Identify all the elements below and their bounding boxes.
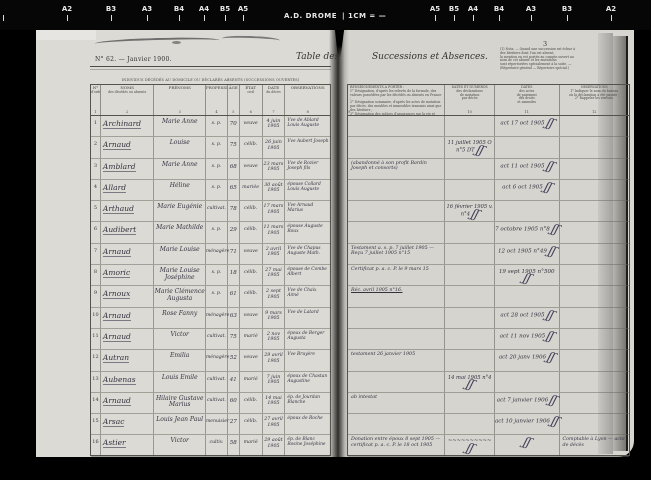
header-dates-paiement: DATESdes actesde paiementdes droitset am… — [495, 85, 560, 115]
paraph-flourish: ʃʃ — [471, 210, 480, 217]
header-professions: PROFESSIONS4 — [206, 85, 228, 115]
cell-date-numero: 16 février 1905 v. n°4ʃʃ — [445, 201, 495, 221]
table-row: 11 juillet 1905 O n°5 DTʃʃ — [348, 137, 629, 158]
cell-acte-paiement: ʃʃ — [495, 435, 560, 455]
cell-acte-paiement: act 10 janvier 1906ʃʃ — [495, 414, 560, 434]
table-row: 12 Autran Emilia ménagère 52 veuve 29 av… — [91, 350, 330, 371]
table-row: 9 Arnoux Marie Clémence Augusta s. p. 61… — [91, 286, 330, 307]
register-number-heading: N° 62. — Janvier 1900. — [95, 56, 172, 63]
paraph-flourish: ʃʃ — [546, 332, 555, 339]
cell-observation-right — [560, 308, 630, 328]
cell-profession: ménagère — [206, 244, 228, 264]
cell-observation-right — [560, 180, 630, 200]
table-row: 6 Audibert Marie Mathilde s. p. 29 célib… — [91, 222, 330, 243]
paraph-flourish: ʃʃ — [545, 162, 554, 169]
cell-date-numero — [445, 350, 495, 370]
cell-date-numero: 14 mai 1905 n°4ʃʃ — [445, 372, 495, 392]
paraph-flourish: ʃʃ — [523, 275, 532, 282]
cell-etat-civil: célib. — [240, 201, 263, 221]
cell-declaration — [348, 308, 445, 328]
right-table: RENSEIGNEMENTS À PORTER :1° Désignation,… — [347, 84, 630, 456]
scale-label: | 1CM = — — [342, 12, 386, 20]
cell-profession: s. p. — [206, 265, 228, 285]
right-rows: act 17 oct 1905ʃʃ 11 juillet 1905 O n°5 … — [348, 116, 629, 457]
header-prenoms: PRÉNOMS3 — [154, 85, 206, 115]
cell-etat-civil: marié — [240, 372, 263, 392]
cell-etat-civil: célib. — [240, 414, 263, 434]
cell-acte-paiement: act 7 janvier 1906ʃʃ — [495, 393, 560, 413]
table-row: 3 Amblard Marie Anne s. p. 68 veuve 23 m… — [91, 159, 330, 180]
cell-observation: ép. de Jourdan Blanche — [285, 393, 330, 413]
cell-observation-right — [560, 222, 630, 242]
cell-observation-right — [560, 116, 630, 136]
cell-observation: Vve de Latard — [285, 308, 330, 328]
cell-order-number: 16 — [91, 435, 101, 455]
cell-nom: Astier — [101, 435, 155, 455]
cell-declaration: testament 26 janvier 1905 — [348, 350, 445, 370]
table-row: act 28 oct 1905ʃʃ — [348, 308, 629, 329]
cell-date-deces: 29 août 1905 — [263, 435, 286, 455]
cell-order-number: 5 — [91, 201, 101, 221]
table-row: act 17 oct 1905ʃʃ — [348, 116, 629, 137]
paraph-flourish: ʃʃ — [548, 247, 557, 254]
cell-declaration — [348, 329, 445, 349]
cell-etat-civil: célib. — [240, 137, 263, 157]
cell-observation-right — [560, 329, 630, 349]
cell-declaration: Réc. avril 1905 n°16. — [348, 286, 445, 306]
cell-date-deces: 2 sept 1905 — [263, 286, 286, 306]
cell-observation-right — [560, 350, 630, 370]
paraph-flourish: ʃʃ — [547, 354, 556, 361]
cell-date-numero: 11 juillet 1905 O n°5 DTʃʃ — [445, 137, 495, 157]
cell-etat-civil: célib. — [240, 222, 263, 242]
cell-order-number: 3 — [91, 159, 101, 179]
cell-observation-right — [560, 137, 630, 157]
cell-date-numero — [445, 265, 495, 285]
cell-observation-right — [560, 286, 630, 306]
cell-age: 61 — [228, 286, 240, 306]
cell-prenoms: Marie Eugénie — [154, 201, 206, 221]
cell-declaration — [348, 372, 445, 392]
header-age: ÂGE5 — [228, 85, 240, 115]
cell-prenoms: Marie Louise Joséphine — [154, 265, 206, 285]
cell-date-deces: 27 mai 1905 — [263, 265, 286, 285]
cell-acte-paiement: act 28 oct 1905ʃʃ — [495, 308, 560, 328]
cell-profession: cultivat. — [206, 201, 228, 221]
cell-prenoms: Victor — [154, 329, 206, 349]
cell-profession: cultiv. — [206, 435, 228, 455]
table-row: 10 Arnaud Rose Fanny ménagère 63 veuve 9… — [91, 308, 330, 329]
cell-observation: ép. de Blanc Rosine Joséphine — [285, 435, 330, 455]
cell-date-deces: 26 juin 1905 — [263, 137, 286, 157]
cell-prenoms: Louis Jean Paul — [154, 414, 206, 434]
table-row: 1 Archinard Marie Anne s. p. 70 veuve 4 … — [91, 116, 330, 137]
header-noms: NOMSdes décédés ou absents2 — [101, 85, 155, 115]
cell-declaration: Donation entre époux 8 sept 1905 — certi… — [348, 435, 445, 455]
header-date-deces: DATEdu décès7 — [263, 85, 286, 115]
cell-date-numero — [445, 222, 495, 242]
cell-nom: Amoric — [101, 265, 155, 285]
header-num: N°d'ordre1 — [91, 85, 101, 115]
paraph-flourish: ʃʃ — [523, 439, 532, 446]
table-title-left: Table des — [296, 52, 339, 62]
cell-nom: Arsac — [101, 414, 155, 434]
cell-acte-paiement: act 20 janv 1906ʃʃ — [495, 350, 560, 370]
cell-date-numero — [445, 159, 495, 179]
header-observations-right: OBSERVATIONS1° Indiquer le nom du bureau… — [560, 85, 630, 115]
cell-age: 68 — [228, 159, 240, 179]
cell-nom: Arnaud — [101, 393, 155, 413]
table-row: Donation entre époux 8 sept 1905 — certi… — [348, 435, 629, 456]
cell-profession: ménagère — [206, 350, 228, 370]
cell-date-numero — [445, 414, 495, 434]
table-row: 11 Arnaud Victor cultivat. 75 marié 2 no… — [91, 329, 330, 350]
cell-acte-paiement: act 11 nov 1905ʃʃ — [495, 329, 560, 349]
cell-observation: Vve Aubert Joseph — [285, 137, 330, 157]
header-dates-numeros: DATES ET NUMÉROSdes déclarationsde mutat… — [445, 85, 495, 115]
cell-observation: Vve de Rozier Joseph fils — [285, 159, 330, 179]
paraph-flourish: ʃʃ — [544, 183, 553, 190]
cell-date-numero — [445, 286, 495, 306]
cell-nom: Allard — [101, 180, 155, 200]
cell-declaration — [348, 222, 445, 242]
cell-acte-paiement: act 6 oct 1905ʃʃ — [495, 180, 560, 200]
paraph-flourish: ʃʃ — [475, 147, 484, 154]
table-row: 16 Astier Victor cultiv. 58 marié 29 aoû… — [91, 435, 330, 456]
cell-date-numero — [445, 244, 495, 264]
table-row: Testament a. s. p. 7 juillet 1905 — Reçu… — [348, 244, 629, 265]
cell-order-number: 12 — [91, 350, 101, 370]
cell-date-numero — [445, 329, 495, 349]
cell-order-number: 1 — [91, 116, 101, 136]
table-row: 2 Arnaud Louise s. p. 75 célib. 26 juin … — [91, 137, 330, 158]
cell-prenoms: Marie Anne — [154, 159, 206, 179]
cell-nom: Arnaud — [101, 244, 155, 264]
cell-order-number: 15 — [91, 414, 101, 434]
cell-date-deces: 7 juin 1905 — [263, 372, 286, 392]
cell-order-number: 8 — [91, 265, 101, 285]
cell-order-number: 10 — [91, 308, 101, 328]
cell-nom: Arnaud — [101, 137, 155, 157]
cell-acte-paiement: 19 sept 1905 n°500ʃʃ — [495, 265, 560, 285]
cell-order-number: 11 — [91, 329, 101, 349]
cell-profession: ménagère — [206, 308, 228, 328]
cell-age: 65 — [228, 180, 240, 200]
cell-prenoms: Héline — [154, 180, 206, 200]
cell-age: 58 — [228, 435, 240, 455]
cell-date-deces: 4 juin 1905 — [263, 116, 286, 136]
cell-date-deces: 30 août 1905 — [263, 180, 286, 200]
cell-acte-paiement: act 11 oct 1905ʃʃ — [495, 159, 560, 179]
cell-age: 60 — [228, 393, 240, 413]
cell-date-numero — [445, 180, 495, 200]
cell-date-numero — [445, 116, 495, 136]
cell-date-numero — [445, 393, 495, 413]
table-row: 15 Arsac Louis Jean Paul menuisier 27 cé… — [91, 414, 330, 435]
cell-observation-right — [560, 244, 630, 264]
cell-date-deces: 29 avril 1905 — [263, 350, 286, 370]
cell-etat-civil: marié — [240, 435, 263, 455]
table-row: 7 octobre 1905 n°8ʃʃ — [348, 222, 629, 243]
cell-nom: Audibert — [101, 222, 155, 242]
left-table: N°d'ordre1 NOMSdes décédés ou absents2 P… — [90, 84, 331, 456]
nota-fine-print: (1) Nota. — Quand une succession est éch… — [500, 48, 578, 71]
cell-nom: Amblard — [101, 159, 155, 179]
left-table-group-header: INDIVIDUS DÉCÉDÉS AU DOMICILE OU DÉCLARÉ… — [90, 78, 331, 82]
header-renseignements: RENSEIGNEMENTS À PORTER :1° Désignation,… — [348, 85, 445, 115]
microfilm-frame: A2B3A3B4A4B5A5A5B5A4B4A3B3A2 A.D. DROME … — [0, 0, 651, 480]
cell-declaration — [348, 137, 445, 157]
paraph-flourish: ʃʃ — [466, 445, 475, 452]
cell-order-number: 9 — [91, 286, 101, 306]
cell-etat-civil: célib. — [240, 393, 263, 413]
table-row: 13 Aubenas Louis Emile cultivat. 41 mari… — [91, 372, 330, 393]
cell-acte-paiement: 7 octobre 1905 n°8ʃʃ — [495, 222, 560, 242]
cell-etat-civil: veuve — [240, 116, 263, 136]
table-row: (abandonné à son profit Bardin Joseph et… — [348, 159, 629, 180]
cell-prenoms: Hilaire Gustave Marius — [154, 393, 206, 413]
cell-date-deces: 17 mars 1905 — [263, 201, 286, 221]
paraph-flourish: ʃʃ — [549, 396, 558, 403]
cell-date-deces: 23 mars 1905 — [263, 159, 286, 179]
cell-age: 70 — [228, 116, 240, 136]
cell-etat-civil: célib. — [240, 286, 263, 306]
cell-profession: cultivat. — [206, 393, 228, 413]
cell-age: 52 — [228, 350, 240, 370]
cell-declaration — [348, 116, 445, 136]
cell-observation: Vve de Ablard Louis Auguste — [285, 116, 330, 136]
cell-profession: s. p. — [206, 116, 228, 136]
cell-date-deces: 27 avril 1905 — [263, 414, 286, 434]
cell-age: 41 — [228, 372, 240, 392]
cell-etat-civil: marié — [240, 329, 263, 349]
cell-observation: époux de Roche — [285, 414, 330, 434]
cell-prenoms: Marie Anne — [154, 116, 206, 136]
cell-date-numero — [445, 308, 495, 328]
table-row: act 10 janvier 1906ʃʃ — [348, 414, 629, 435]
cell-observation-right — [560, 159, 630, 179]
cell-prenoms: Marie Mathilde — [154, 222, 206, 242]
table-row: 14 mai 1905 n°4ʃʃ — [348, 372, 629, 393]
cell-declaration: Testament a. s. p. 7 juillet 1905 — Reçu… — [348, 244, 445, 264]
cell-observation: Vve de Chapus Auguste Math. — [285, 244, 330, 264]
cell-date-numero: ~~~~~~~~~~ʃʃ — [445, 435, 495, 455]
cell-etat-civil: mariée — [240, 180, 263, 200]
cell-nom: Arnaud — [101, 329, 155, 349]
table-row: 8 Amoric Marie Louise Joséphine s. p. 18… — [91, 265, 330, 286]
cell-date-deces: 9 mars 1905 — [263, 308, 286, 328]
cell-profession: s. p. — [206, 159, 228, 179]
cell-order-number: 14 — [91, 393, 101, 413]
cell-order-number: 4 — [91, 180, 101, 200]
cell-etat-civil: veuve — [240, 244, 263, 264]
cell-acte-paiement — [495, 137, 560, 157]
heading-rule — [90, 66, 331, 70]
table-row: ab intestat act 7 janvier 1906ʃʃ — [348, 393, 629, 414]
header-observations: OBSERVATIONS8 — [285, 85, 330, 115]
cell-observation-right: Comptable à Lyon — acte de décès — [560, 435, 630, 455]
cell-date-deces: 11 mars 1905 — [263, 222, 286, 242]
ink-smudge — [172, 41, 181, 44]
cell-observation: épouse de Combe Albert — [285, 265, 330, 285]
table-row: 4 Allard Héline s. p. 65 mariée 30 août … — [91, 180, 330, 201]
table-title-right: Successions et Absences. — [372, 52, 488, 62]
cell-age: 75 — [228, 329, 240, 349]
cell-order-number: 6 — [91, 222, 101, 242]
cell-age: 75 — [228, 137, 240, 157]
paraph-flourish: ʃʃ — [545, 311, 554, 318]
cell-prenoms: Emilia — [154, 350, 206, 370]
cell-observation-right — [560, 265, 630, 285]
cell-declaration: (abandonné à son profit Bardin Joseph et… — [348, 159, 445, 179]
cell-acte-paiement: act 17 oct 1905ʃʃ — [495, 116, 560, 136]
cell-nom: Arnaud — [101, 308, 155, 328]
header-etat: ÉTATcivil6 — [240, 85, 263, 115]
cell-observation: Vve de Chaix Aimé — [285, 286, 330, 306]
paraph-flourish: ʃʃ — [545, 119, 554, 126]
table-row: testament 26 janvier 1905 act 20 janv 19… — [348, 350, 629, 371]
cell-age: 71 — [228, 244, 240, 264]
cell-etat-civil: veuve — [240, 159, 263, 179]
film-ruler: A2B3A3B4A4B5A5A5B5A4B4A3B3A2 A.D. DROME … — [0, 0, 651, 30]
cell-declaration — [348, 414, 445, 434]
cell-date-deces: 14 mai 1905 — [263, 393, 286, 413]
left-table-header: N°d'ordre1 NOMSdes décédés ou absents2 P… — [91, 85, 330, 116]
cell-prenoms: Marie Louise — [154, 244, 206, 264]
table-row: 7 Arnaud Marie Louise ménagère 71 veuve … — [91, 244, 330, 265]
cell-declaration: ab intestat — [348, 393, 445, 413]
cell-age: 63 — [228, 308, 240, 328]
page-corner-highlight — [36, 30, 96, 40]
table-row: act 6 oct 1905ʃʃ — [348, 180, 629, 201]
cell-nom: Aubenas — [101, 372, 155, 392]
table-row: act 11 nov 1905ʃʃ — [348, 329, 629, 350]
cell-profession: cultivat. — [206, 372, 228, 392]
cell-profession: s. p. — [206, 180, 228, 200]
cell-order-number: 2 — [91, 137, 101, 157]
paraph-flourish: ʃʃ — [551, 226, 560, 233]
paraph-flourish: ʃʃ — [466, 381, 475, 388]
cell-observation: épouse Auguste Roux — [285, 222, 330, 242]
cell-prenoms: Victor — [154, 435, 206, 455]
cell-date-deces: 2 nov 1905 — [263, 329, 286, 349]
cell-observation: époux de Chastan Augustine — [285, 372, 330, 392]
cell-declaration — [348, 201, 445, 221]
cell-profession: s. p. — [206, 286, 228, 306]
cell-observation: Vve Bruyère — [285, 350, 330, 370]
cell-profession: s. p. — [206, 222, 228, 242]
cell-acte-paiement: 12 oct 1905 n°49ʃʃ — [495, 244, 560, 264]
cell-observation-right — [560, 372, 630, 392]
cell-profession: menuisier — [206, 414, 228, 434]
cell-age: 27 — [228, 414, 240, 434]
cell-prenoms: Marie Clémence Augusta — [154, 286, 206, 306]
cell-etat-civil: veuve — [240, 308, 263, 328]
cell-age: 78 — [228, 201, 240, 221]
table-row: Certificat p. a. c. P. le 9 mars 15 19 s… — [348, 265, 629, 286]
cell-prenoms: Louis Emile — [154, 372, 206, 392]
cell-prenoms: Louise — [154, 137, 206, 157]
archive-label: A.D. DROME — [284, 12, 337, 20]
cell-declaration: Certificat p. a. c. P. le 9 mars 15 — [348, 265, 445, 285]
cell-acte-paiement — [495, 372, 560, 392]
cell-nom: Archinard — [101, 116, 155, 136]
cell-observation-right — [560, 393, 630, 413]
cell-order-number: 7 — [91, 244, 101, 264]
cell-age: 18 — [228, 265, 240, 285]
left-rows: 1 Archinard Marie Anne s. p. 70 veuve 4 … — [91, 116, 330, 457]
cell-etat-civil: veuve — [240, 350, 263, 370]
cell-observation-right — [560, 201, 630, 221]
cell-observation: époux de Berger Augusta — [285, 329, 330, 349]
cell-declaration — [348, 180, 445, 200]
cell-age: 29 — [228, 222, 240, 242]
cell-order-number: 13 — [91, 372, 101, 392]
cell-nom: Arnoux — [101, 286, 155, 306]
right-table-header: RENSEIGNEMENTS À PORTER :1° Désignation,… — [348, 85, 629, 116]
cell-profession: s. p. — [206, 137, 228, 157]
cell-acte-paiement — [495, 201, 560, 221]
cell-etat-civil: célib. — [240, 265, 263, 285]
cell-acte-paiement — [495, 286, 560, 306]
cell-profession: cultivat. — [206, 329, 228, 349]
table-row: 5 Arthaud Marie Eugénie cultivat. 78 cél… — [91, 201, 330, 222]
cell-observation-right — [560, 414, 630, 434]
table-row: 14 Arnaud Hilaire Gustave Marius cultiva… — [91, 393, 330, 414]
binding-fold-shadow — [329, 30, 349, 457]
cell-observation: Vve Arnaud Marius — [285, 201, 330, 221]
paraph-flourish: ʃʃ — [551, 418, 560, 425]
cell-date-deces: 2 avril 1905 — [263, 244, 286, 264]
table-row: 16 février 1905 v. n°4ʃʃ — [348, 201, 629, 222]
cell-prenoms: Rose Fanny — [154, 308, 206, 328]
cell-nom: Autran — [101, 350, 155, 370]
cell-observation: épouse Collard Louis Auguste — [285, 180, 330, 200]
table-row: Réc. avril 1905 n°16. — [348, 286, 629, 307]
cell-nom: Arthaud — [101, 201, 155, 221]
